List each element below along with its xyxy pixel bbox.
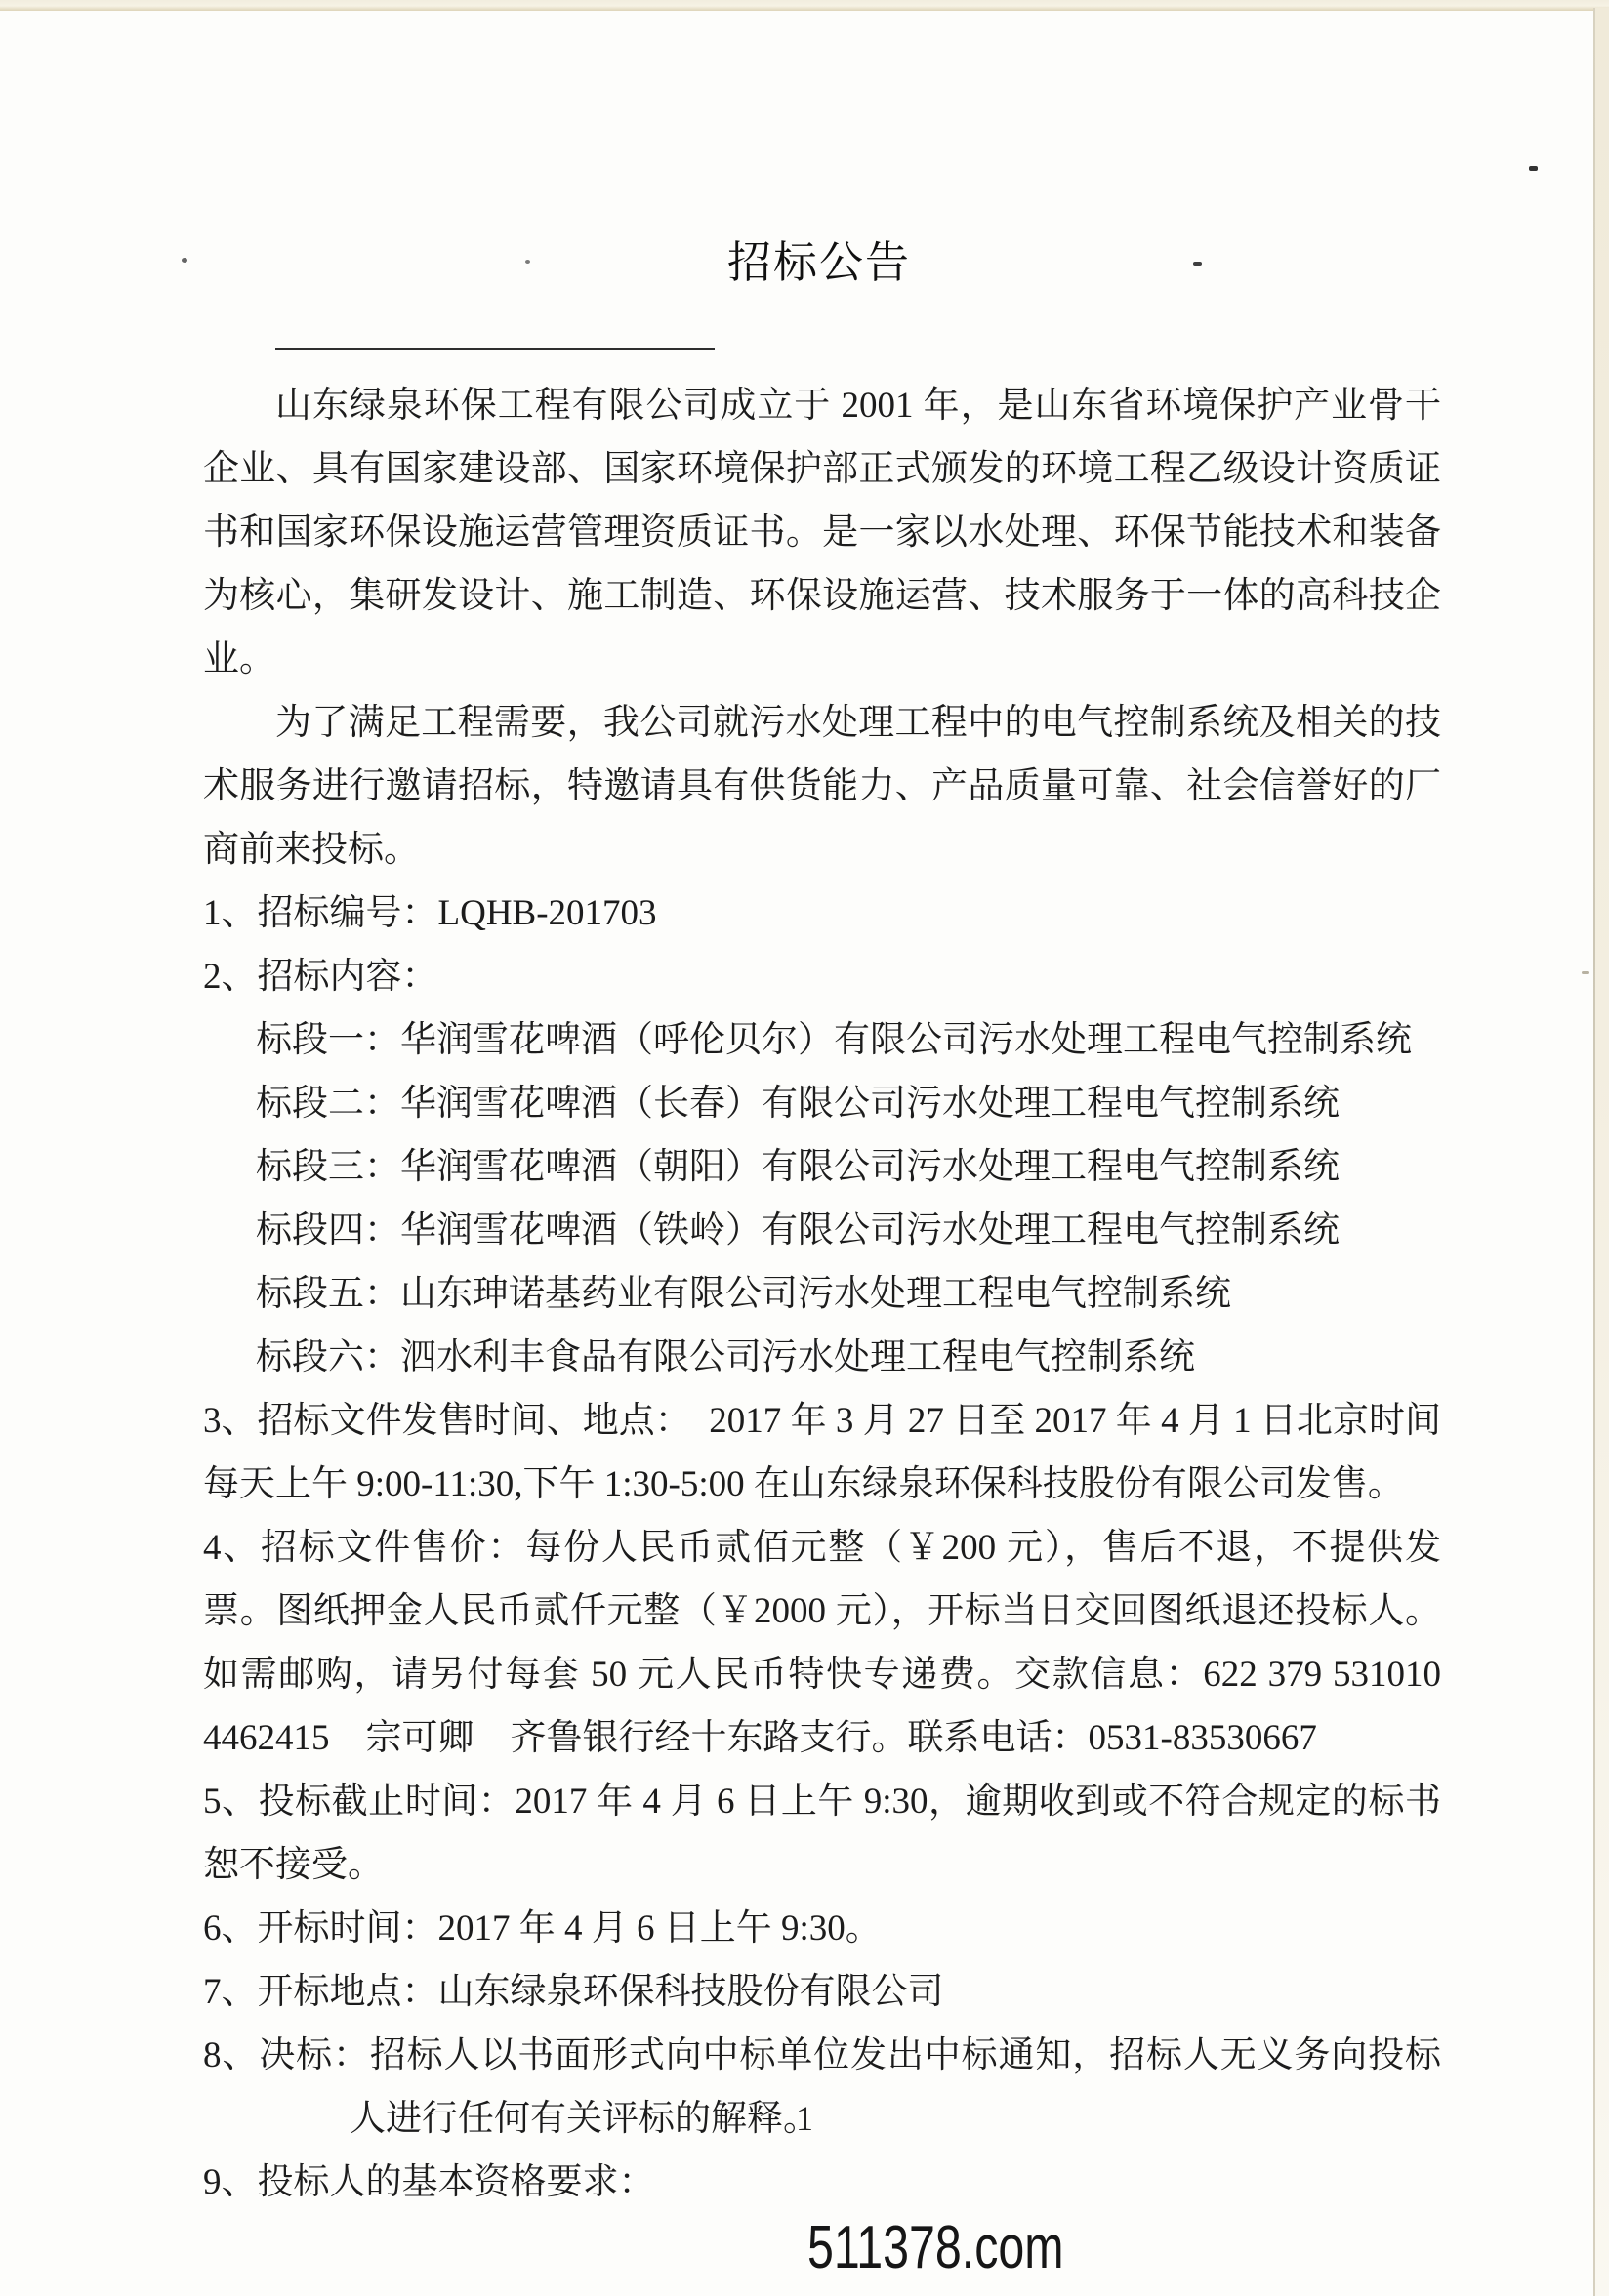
scan-edge-top xyxy=(0,0,1609,11)
item-bidder-qualification: 9、投标人的基本资格要求： xyxy=(203,2151,1441,2214)
intro-paragraph-invitation: 为了满足工程需要，我公司就污水处理工程中的电气控制系统及相关的技术服务进行邀请招… xyxy=(203,691,1441,881)
document-body: 山东绿泉环保工程有限公司成立于 2001 年，是山东省环境保护产业骨干企业、具有… xyxy=(203,374,1441,2214)
page-number: 1 xyxy=(0,2099,1609,2138)
scan-speck xyxy=(1529,166,1538,171)
item-document-price: 4、招标文件售价：每份人民币贰佰元整（￥200 元），售后不退，不提供发票。图纸… xyxy=(203,1516,1441,1770)
lot-item-4: 标段四：华润雪花啤酒（铁岭）有限公司污水处理工程电气控制系统 xyxy=(203,1199,1441,1262)
intro-paragraph-company: 山东绿泉环保工程有限公司成立于 2001 年，是山东省环境保护产业骨干企业、具有… xyxy=(203,374,1441,691)
item-tender-number: 1、招标编号：LQHB-201703 xyxy=(203,881,1441,945)
item-tender-content: 2、招标内容： xyxy=(203,945,1441,1008)
lot-item-6: 标段六：泗水利丰食品有限公司污水处理工程电气控制系统 xyxy=(203,1326,1441,1389)
scan-edge-right xyxy=(1595,8,1609,2296)
title-underline xyxy=(275,348,715,350)
lot-item-3: 标段三：华润雪花啤酒（朝阳）有限公司污水处理工程电气控制系统 xyxy=(203,1135,1441,1199)
scan-paper-edge-line xyxy=(1593,8,1595,2296)
lot-item-5: 标段五：山东珅诺基药业有限公司污水处理工程电气控制系统 xyxy=(203,1262,1441,1326)
item-opening-time: 6、开标时间：2017 年 4 月 6 日上午 9:30。 xyxy=(203,1897,1441,1960)
document-title: 招标公告 xyxy=(0,230,1609,295)
lot-item-2: 标段二：华润雪花啤酒（长春）有限公司污水处理工程电气控制系统 xyxy=(203,1072,1441,1135)
lot-item-1: 标段一：华润雪花啤酒（呼伦贝尔）有限公司污水处理工程电气控制系统 xyxy=(203,1008,1441,1072)
item-document-sale-time: 3、招标文件发售时间、地点： 2017 年 3 月 27 日至 2017 年 4… xyxy=(203,1389,1441,1516)
watermark-url: 511378.com xyxy=(807,2218,1064,2278)
item-bid-deadline: 5、投标截止时间：2017 年 4 月 6 日上午 9:30，逾期收到或不符合规… xyxy=(203,1770,1441,1897)
item-opening-place: 7、开标地点：山东绿泉环保科技股份有限公司 xyxy=(203,1960,1441,2024)
scan-speck xyxy=(1582,971,1589,974)
